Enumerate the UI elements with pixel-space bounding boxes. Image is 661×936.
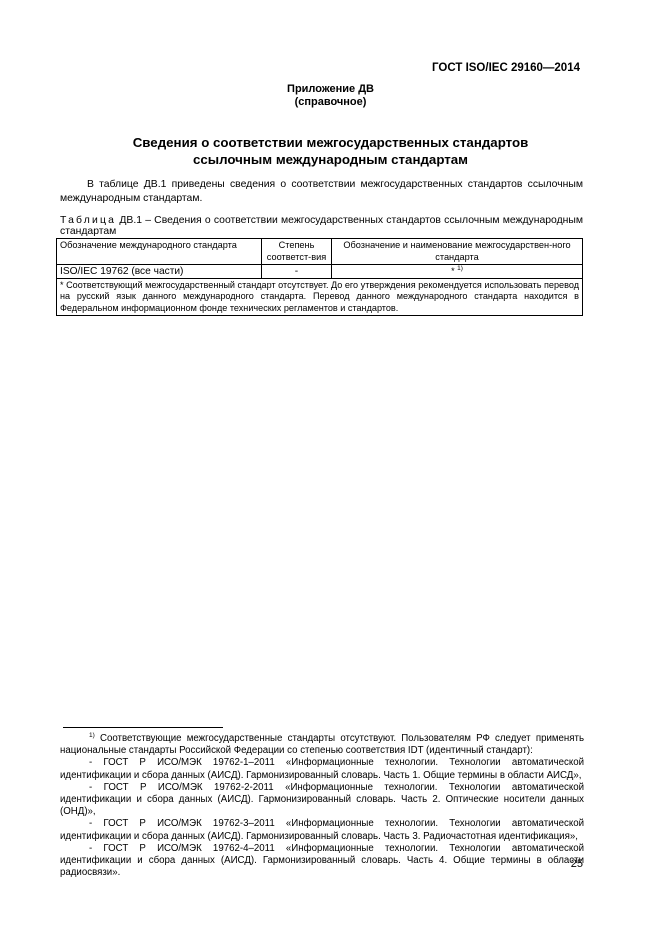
cell-interstate-standard: * 1) xyxy=(332,265,583,279)
column-header-interstate: Обозначение и наименование межгосударств… xyxy=(332,239,583,265)
table-row: ISO/IEC 19762 (все части) - * 1) xyxy=(57,265,583,279)
annex-title: Приложение ДВ xyxy=(0,83,661,96)
footnote-item: - ГОСТ Р ИСО/МЭК 19762-3–2011 «Информаци… xyxy=(60,818,584,842)
cell-international-standard: ISO/IEC 19762 (все части) xyxy=(57,265,262,279)
intro-paragraph: В таблице ДВ.1 приведены сведения о соот… xyxy=(60,178,583,206)
table-note-row: * Соответствующий межгосударственный ста… xyxy=(57,279,583,316)
footnote-item: - ГОСТ Р ИСО/МЭК 19762-4–2011 «Информаци… xyxy=(60,843,584,880)
footnote-separator xyxy=(63,727,223,728)
column-header-international: Обозначение международного стандарта xyxy=(57,239,262,265)
document-id: ГОСТ ISO/IEC 29160—2014 xyxy=(380,62,580,74)
footnote-marker: 1) xyxy=(89,732,95,739)
heading-line-1: Сведения о соответствии межгосударственн… xyxy=(0,134,661,151)
footnote-ref: 1) xyxy=(457,265,463,272)
correspondence-table: Обозначение международного стандарта Сте… xyxy=(56,238,583,316)
page-number: 25 xyxy=(540,858,583,870)
intro-text: В таблице ДВ.1 приведены сведения о соот… xyxy=(60,178,583,206)
column-header-degree: Степень соответст-вия xyxy=(262,239,332,265)
cell-degree: - xyxy=(262,265,332,279)
footnote-item: - ГОСТ Р ИСО/МЭК 19762-1–2011 «Информаци… xyxy=(60,757,584,781)
footnote-intro: 1) Соответствующие межгосударственные ст… xyxy=(60,733,584,757)
table-caption-label: Таблица xyxy=(60,215,116,226)
footnotes: 1) Соответствующие межгосударственные ст… xyxy=(60,733,584,879)
table-caption: Таблица ДВ.1 – Сведения о соответствии м… xyxy=(60,215,583,237)
section-heading: Сведения о соответствии межгосударственн… xyxy=(0,134,661,168)
table-note: * Соответствующий межгосударственный ста… xyxy=(57,279,583,316)
annex-subtitle: (справочное) xyxy=(0,96,661,109)
annex-title-block: Приложение ДВ (справочное) xyxy=(0,83,661,109)
table-caption-text: ДВ.1 – Сведения о соответствии межгосуда… xyxy=(60,215,583,237)
heading-line-2: ссылочным международным стандартам xyxy=(0,151,661,168)
cell-interstate-asterisk: * xyxy=(451,266,455,276)
table-header-row: Обозначение международного стандарта Сте… xyxy=(57,239,583,265)
footnote-intro-text: Соответствующие межгосударственные станд… xyxy=(60,733,584,756)
footnote-item: - ГОСТ Р ИСО/МЭК 19762-2-2011 «Информаци… xyxy=(60,782,584,819)
